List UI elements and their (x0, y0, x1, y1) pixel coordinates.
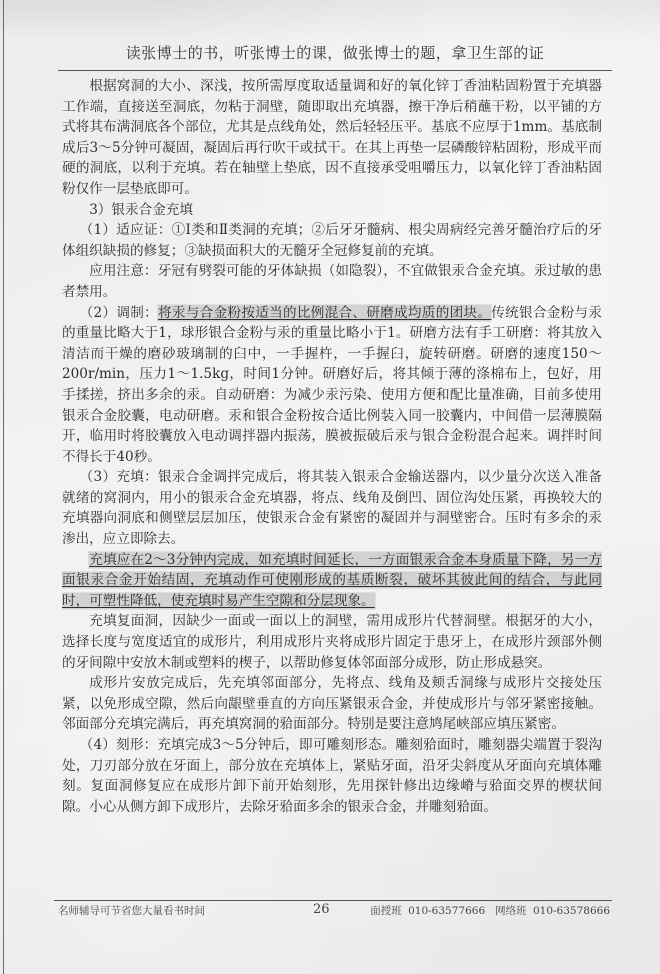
paragraph-application-notes: 应用注意：牙冠有劈裂可能的牙体缺损（如隐裂），不宜做银汞合金充填。汞过敏的患者禁… (62, 261, 602, 302)
running-header: 读张博士的书，听张博士的课，做张博士的题，拿卫生部的证 (58, 38, 612, 71)
page-number: 26 (313, 902, 330, 918)
paragraph-carving: （4）刻形：充填完成3～5分钟后，即可雕刻形态。雕刻𬌗面时，雕刻器尖端置于裂沟处… (62, 735, 602, 817)
section-heading-amalgam: 3）银汞合金充填 (62, 200, 602, 221)
contact-inperson-class: 面授班 010-63577666 (370, 905, 485, 917)
header-title: 读张博士的书，听张博士的课，做张博士的题，拿卫生部的证 (126, 44, 545, 62)
highlighted-text-mixing: 将汞与合金粉按适当的比例混合、研磨成均质的团块。 (158, 305, 491, 321)
paragraph-filling-time: 充填应在2～3分钟内完成，如充填时间延长，一方面银汞合金本身质量下降，另一方面银… (62, 550, 602, 612)
mixing-body: 传统银合金粉与汞的重量比略大于1，球形银合金粉与汞的重量比略小于1。研磨方法有手… (62, 305, 602, 465)
paragraph-indications: （1）适应证：①Ⅰ类和Ⅱ类洞的充填；②后牙牙髓病、根尖周病经完善牙髓治疗后的牙体… (62, 220, 602, 261)
page-body: 根据窝洞的大小、深浅，按所需厚度取适量调和好的氧化锌丁香油粘固粉置于充填器工作端… (62, 76, 602, 817)
running-footer: 名师辅导可节省您大量看书时间 26 面授班 010-63577666网络班 01… (58, 903, 610, 921)
paragraph-mixing: （2）调制：将汞与合金粉按适当的比例混合、研磨成均质的团块。传统银合金粉与汞的重… (62, 303, 602, 468)
paragraph-compound-cavity: 充填复面洞，因缺少一面或一面以上的洞壁，需用成形片代替洞壁。根据牙的大小，选择长… (62, 611, 602, 673)
paragraph-filling: （3）充填：银汞合金调拌完成后，将其装入银汞合金输送器内，以少量分次送入准备就绪… (62, 467, 602, 549)
page-left-edge (3, 0, 4, 974)
mixing-label: （2）调制： (80, 305, 158, 321)
highlighted-text-filling-time: 充填应在2～3分钟内完成，如充填时间延长，一方面银汞合金本身质量下降，另一方面银… (62, 552, 602, 609)
footer-rule (54, 900, 612, 901)
footer-contacts: 面授班 010-63577666网络班 010-63578666 (370, 903, 610, 919)
paragraph-matrix-band: 成形片安放完成后，先充填邻面部分，先将点、线角及颊舌洞缘与成形片交接处压紧，以免… (62, 673, 602, 735)
paragraph-base-lining: 根据窝洞的大小、深浅，按所需厚度取适量调和好的氧化锌丁香油粘固粉置于充填器工作端… (62, 76, 602, 200)
contact-online-class: 网络班 010-63578666 (495, 905, 610, 917)
footer-slogan: 名师辅导可节省您大量看书时间 (58, 903, 205, 919)
